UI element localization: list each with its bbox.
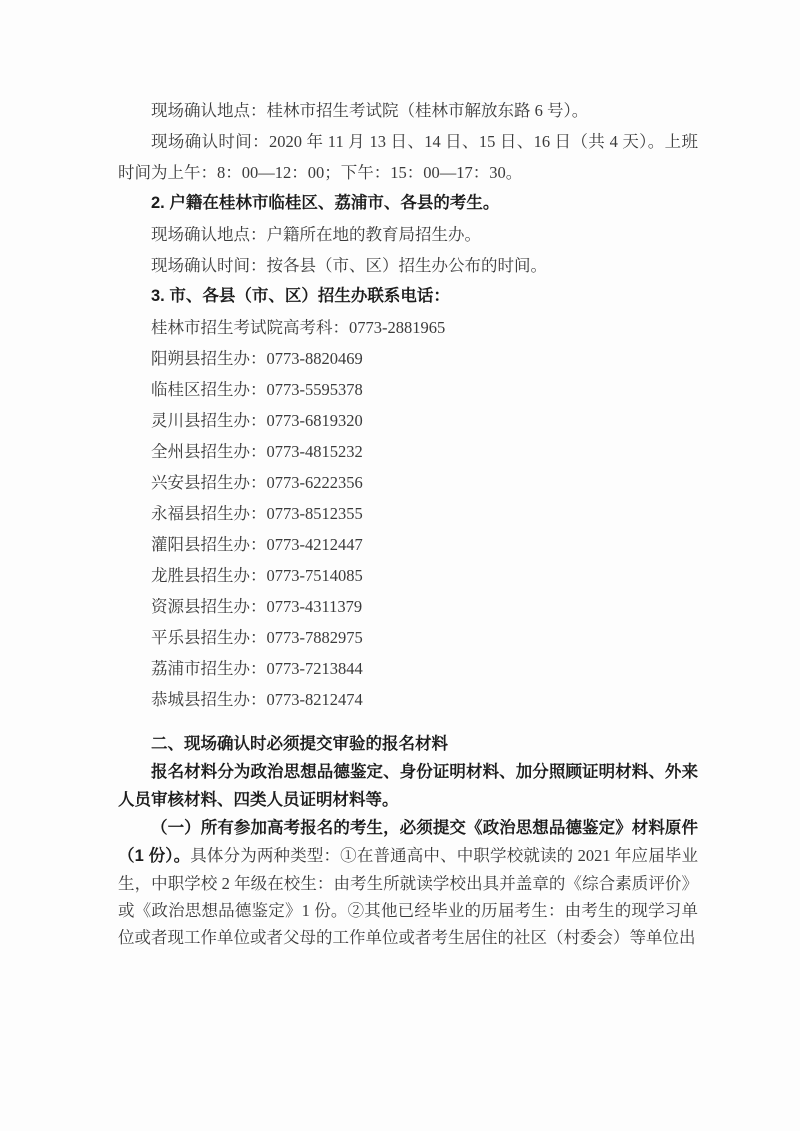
confirm-time-city-paragraph: 现场确认时间：2020 年 11 月 13 日、14 日、15 日、16 日（共… bbox=[118, 126, 698, 188]
phone-office: 阳朔县招生办： bbox=[151, 349, 267, 368]
phone-row: 恭城县招生办：0773-8212474 bbox=[118, 684, 698, 715]
phone-number: 0773-7213844 bbox=[267, 659, 363, 678]
phone-row: 荔浦市招生办：0773-7213844 bbox=[118, 653, 698, 684]
phone-row: 阳朔县招生办：0773-8820469 bbox=[118, 343, 698, 374]
phone-office: 龙胜县招生办： bbox=[151, 566, 267, 585]
phone-number: 0773-2881965 bbox=[349, 318, 445, 337]
confirm-time-county-paragraph: 现场确认时间：按各县（市、区）招生办公布的时间。 bbox=[118, 250, 698, 281]
phone-row: 灌阳县招生办：0773-4212447 bbox=[118, 529, 698, 560]
heading-item3-contact-phones: 3. 市、各县（市、区）招生办联系电话： bbox=[118, 281, 698, 312]
phone-number: 0773-6819320 bbox=[267, 411, 363, 430]
phone-office: 兴安县招生办： bbox=[151, 473, 267, 492]
phone-number: 0773-4212447 bbox=[267, 535, 363, 554]
materials-overview-paragraph: 报名材料分为政治思想品德鉴定、身份证明材料、加分照顾证明材料、外来人员审核材料、… bbox=[118, 758, 698, 814]
phone-row: 永福县招生办：0773-8512355 bbox=[118, 498, 698, 529]
document-content: 现场确认地点：桂林市招生考试院（桂林市解放东路 6 号）。 现场确认时间：202… bbox=[118, 95, 698, 951]
phone-office: 资源县招生办： bbox=[151, 597, 267, 616]
materials-item1-body: 具体分为两种类型：①在普通高中、中职学校就读的 2021 年应届毕业生，中职学校… bbox=[118, 846, 698, 947]
phone-number: 0773-7514085 bbox=[267, 566, 363, 585]
phone-office: 临桂区招生办： bbox=[151, 380, 267, 399]
section-required-materials: 二、现场确认时必须提交审验的报名材料 报名材料分为政治思想品德鉴定、身份证明材料… bbox=[118, 731, 698, 951]
confirm-location-city-paragraph: 现场确认地点：桂林市招生考试院（桂林市解放东路 6 号）。 bbox=[118, 95, 698, 126]
phone-office: 平乐县招生办： bbox=[151, 628, 267, 647]
phone-office: 全州县招生办： bbox=[151, 442, 267, 461]
phone-row: 临桂区招生办：0773-5595378 bbox=[118, 374, 698, 405]
phone-office: 恭城县招生办： bbox=[151, 690, 267, 709]
phone-number: 0773-6222356 bbox=[267, 473, 363, 492]
heading-item2-county-residents: 2. 户籍在桂林市临桂区、荔浦市、各县的考生。 bbox=[118, 188, 698, 219]
materials-overview-text: 报名材料分为政治思想品德鉴定、身份证明材料、加分照顾证明材料、外来人员审核材料、… bbox=[118, 763, 698, 809]
phone-office: 永福县招生办： bbox=[151, 504, 267, 523]
phone-office: 荔浦市招生办： bbox=[151, 659, 267, 678]
phone-number: 0773-4815232 bbox=[267, 442, 363, 461]
phone-row: 资源县招生办：0773-4311379 bbox=[118, 591, 698, 622]
heading-section2-materials: 二、现场确认时必须提交审验的报名材料 bbox=[118, 731, 698, 758]
phone-list: 桂林市招生考试院高考科：0773-2881965 阳朔县招生办：0773-882… bbox=[118, 312, 698, 715]
phone-row: 龙胜县招生办：0773-7514085 bbox=[118, 560, 698, 591]
phone-number: 0773-4311379 bbox=[267, 597, 363, 616]
phone-office: 灌阳县招生办： bbox=[151, 535, 267, 554]
phone-row: 兴安县招生办：0773-6222356 bbox=[118, 467, 698, 498]
phone-number: 0773-8212474 bbox=[267, 690, 363, 709]
phone-row: 灵川县招生办：0773-6819320 bbox=[118, 405, 698, 436]
phone-row: 桂林市招生考试院高考科：0773-2881965 bbox=[118, 312, 698, 343]
phone-row: 全州县招生办：0773-4815232 bbox=[118, 436, 698, 467]
phone-row: 平乐县招生办：0773-7882975 bbox=[118, 622, 698, 653]
section-onsite-confirmation: 现场确认地点：桂林市招生考试院（桂林市解放东路 6 号）。 现场确认时间：202… bbox=[118, 95, 698, 715]
phone-number: 0773-8820469 bbox=[267, 349, 363, 368]
document-page: 现场确认地点：桂林市招生考试院（桂林市解放东路 6 号）。 现场确认时间：202… bbox=[0, 0, 800, 1131]
phone-office: 灵川县招生办： bbox=[151, 411, 267, 430]
phone-office: 桂林市招生考试院高考科： bbox=[151, 318, 349, 337]
confirm-location-county-paragraph: 现场确认地点：户籍所在地的教育局招生办。 bbox=[118, 219, 698, 250]
phone-number: 0773-5595378 bbox=[267, 380, 363, 399]
phone-number: 0773-7882975 bbox=[267, 628, 363, 647]
phone-number: 0773-8512355 bbox=[267, 504, 363, 523]
materials-item1-paragraph: （一）所有参加高考报名的考生，必须提交《政治思想品德鉴定》材料原件（1 份）。具… bbox=[118, 814, 698, 951]
